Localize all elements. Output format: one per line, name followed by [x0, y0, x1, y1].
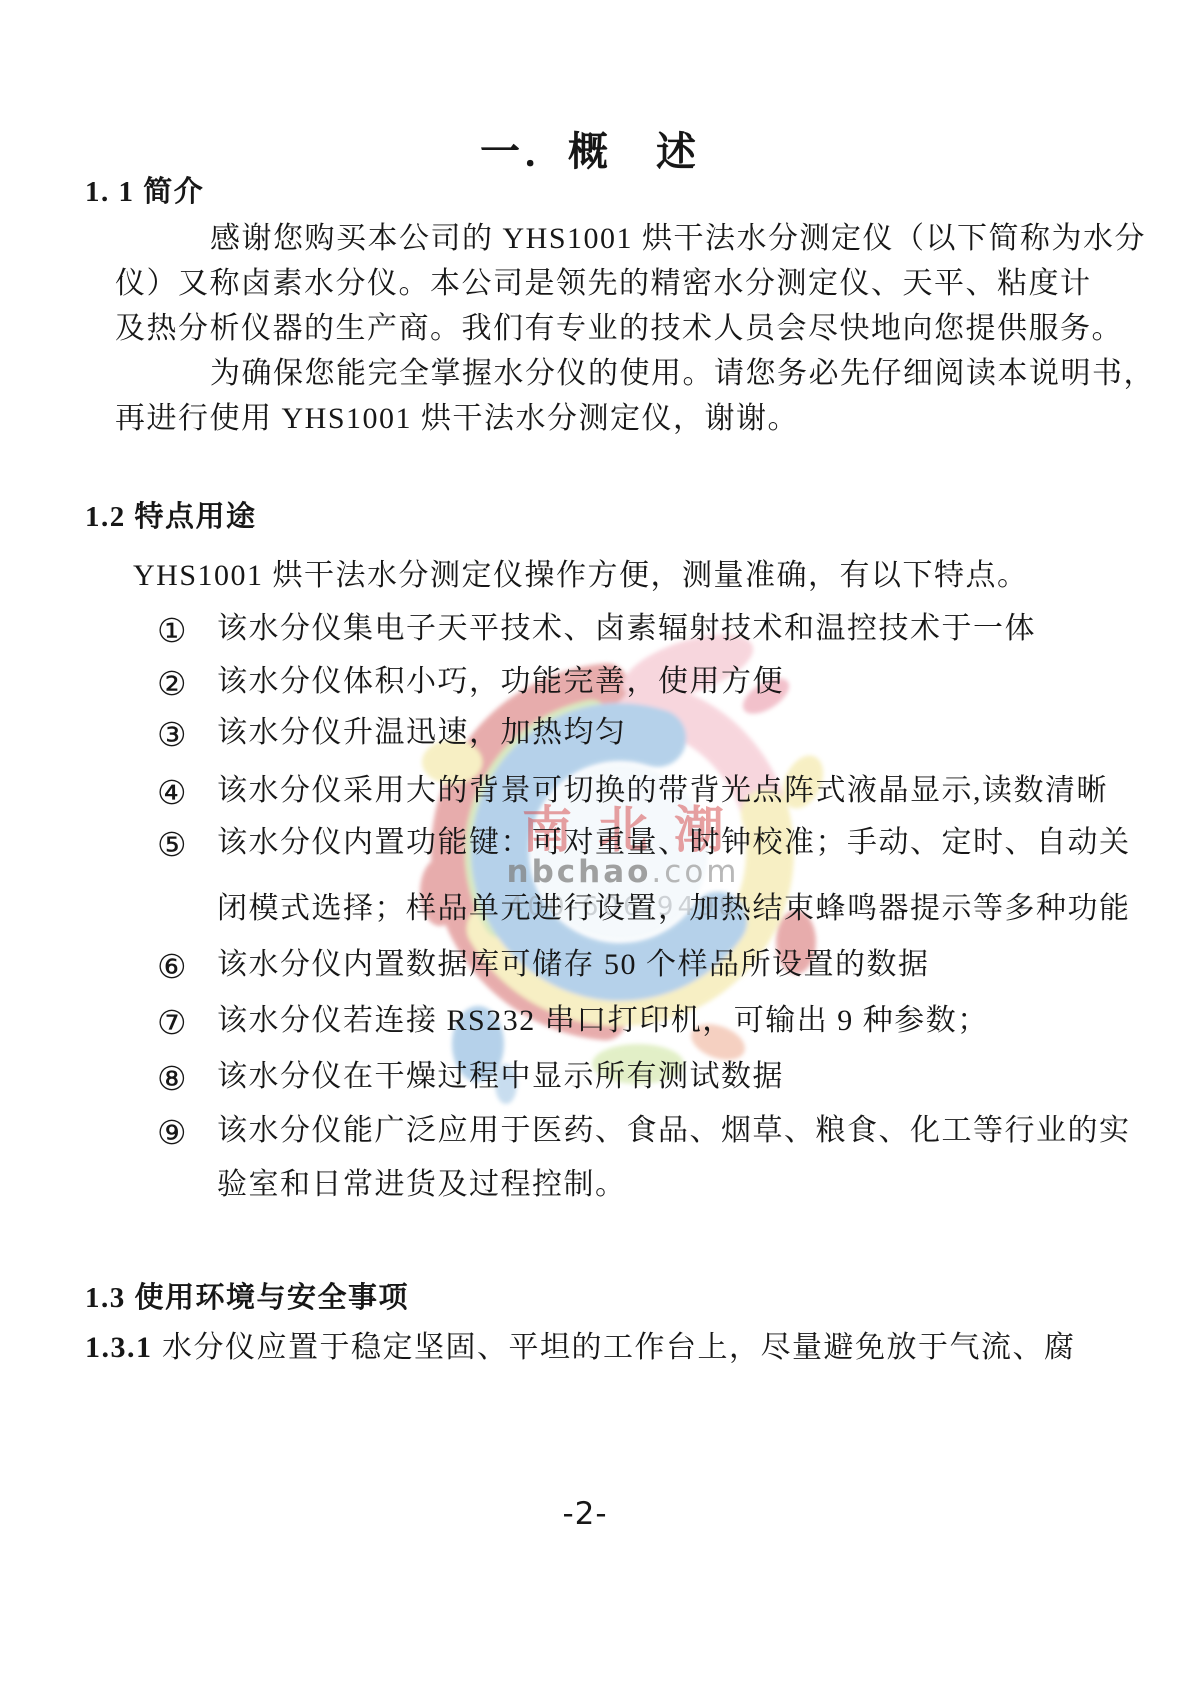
section-1-1-heading: 1. 1 简介	[85, 178, 204, 207]
feature-item-7: ⑦该水分仪若连接 RS232 串口打印机，可输出 9 种参数；	[157, 1006, 187, 1040]
feature-text: 该水分仪采用大的背景可切换的带背光点阵式液晶显示,读数清晰	[217, 776, 1108, 806]
feature-item-4: ④该水分仪采用大的背景可切换的带背光点阵式液晶显示,读数清晰	[157, 776, 187, 810]
feature-item-3: ③该水分仪升温迅速，加热均匀	[157, 718, 187, 752]
feature-item-5-cont: 闭模式选择；样品单元进行设置，加热结束蜂鸣器提示等多种功能	[217, 894, 1131, 924]
feature-number: ②	[157, 664, 187, 703]
feature-number: ⑧	[157, 1059, 187, 1098]
feature-item-6: ⑥该水分仪内置数据库可储存 50 个样品所设置的数据	[157, 950, 187, 984]
feature-item-2: ②该水分仪体积小巧，功能完善，使用方便	[157, 667, 187, 701]
feature-text: 该水分仪升温迅速，加热均匀	[217, 718, 627, 748]
clause-1-3-1-number: 1.3.1	[85, 1331, 153, 1364]
feature-text: 该水分仪若连接 RS232 串口打印机，可输出 9 种参数；	[217, 1006, 989, 1036]
feature-number: ①	[157, 611, 187, 650]
feature-item-1: ①该水分仪集电子天平技术、卤素辐射技术和温控技术于一体	[157, 614, 187, 648]
page-title: 一．概 述	[0, 120, 1180, 177]
para-line: 仪）又称卤素水分仪。本公司是领先的精密水分测定仪、天平、粘度计	[115, 269, 1092, 299]
clause-1-3-1-text: 水分仪应置于稳定坚固、平坦的工作台上，尽量避免放于气流、腐	[162, 1333, 1076, 1363]
clause-1-3-1: 1.3.1水分仪应置于稳定坚固、平坦的工作台上，尽量避免放于气流、腐	[85, 1333, 153, 1363]
feature-number: ⑤	[157, 825, 187, 864]
feature-number: ④	[157, 773, 187, 812]
feature-text: 该水分仪在干燥过程中显示所有测试数据	[217, 1062, 784, 1092]
feature-text: 该水分仪内置数据库可储存 50 个样品所设置的数据	[217, 950, 930, 980]
section-1-2-heading: 1.2 特点用途	[85, 503, 257, 532]
document-content: 一．概 述 1. 1 简介 感谢您购买本公司的 YHS1001 烘干法水分测定仪…	[0, 0, 1200, 1697]
page-number: -2-	[0, 1496, 1170, 1532]
para-line: 感谢您购买本公司的 YHS1001 烘干法水分测定仪（以下简称为水分	[210, 224, 1146, 254]
feature-number: ⑥	[157, 947, 187, 986]
feature-text: 该水分仪内置功能键：可对重量、时钟校准；手动、定时、自动关	[217, 828, 1131, 858]
section-1-3-heading: 1.3 使用环境与安全事项	[85, 1284, 409, 1313]
feature-text: 该水分仪体积小巧，功能完善，使用方便	[217, 667, 784, 697]
feature-item-9: ⑨该水分仪能广泛应用于医药、食品、烟草、粮食、化工等行业的实	[157, 1116, 187, 1150]
feature-number: ⑨	[157, 1113, 187, 1152]
feature-number: ③	[157, 715, 187, 754]
feature-item-5: ⑤该水分仪内置功能键：可对重量、时钟校准；手动、定时、自动关	[157, 828, 187, 862]
para-line: 为确保您能完全掌握水分仪的使用。请您务必先仔细阅读本说明书，	[210, 359, 1155, 389]
feature-text: 该水分仪能广泛应用于医药、食品、烟草、粮食、化工等行业的实	[217, 1116, 1131, 1146]
feature-text: 该水分仪集电子天平技术、卤素辐射技术和温控技术于一体	[217, 614, 1036, 644]
para-line: 及热分析仪器的生产商。我们有专业的技术人员会尽快地向您提供服务。	[115, 314, 1123, 344]
features-intro: YHS1001 烘干法水分测定仪操作方便，测量准确，有以下特点。	[133, 561, 1029, 591]
feature-number: ⑦	[157, 1003, 187, 1042]
document-page: 南北潮 nbchao.com 400-606-9498 一．概 述 1. 1 简…	[0, 0, 1200, 1697]
feature-item-9-cont: 验室和日常进货及过程控制。	[217, 1170, 627, 1200]
para-line: 再进行使用 YHS1001 烘干法水分测定仪，谢谢。	[115, 404, 799, 434]
feature-item-8: ⑧该水分仪在干燥过程中显示所有测试数据	[157, 1062, 187, 1096]
